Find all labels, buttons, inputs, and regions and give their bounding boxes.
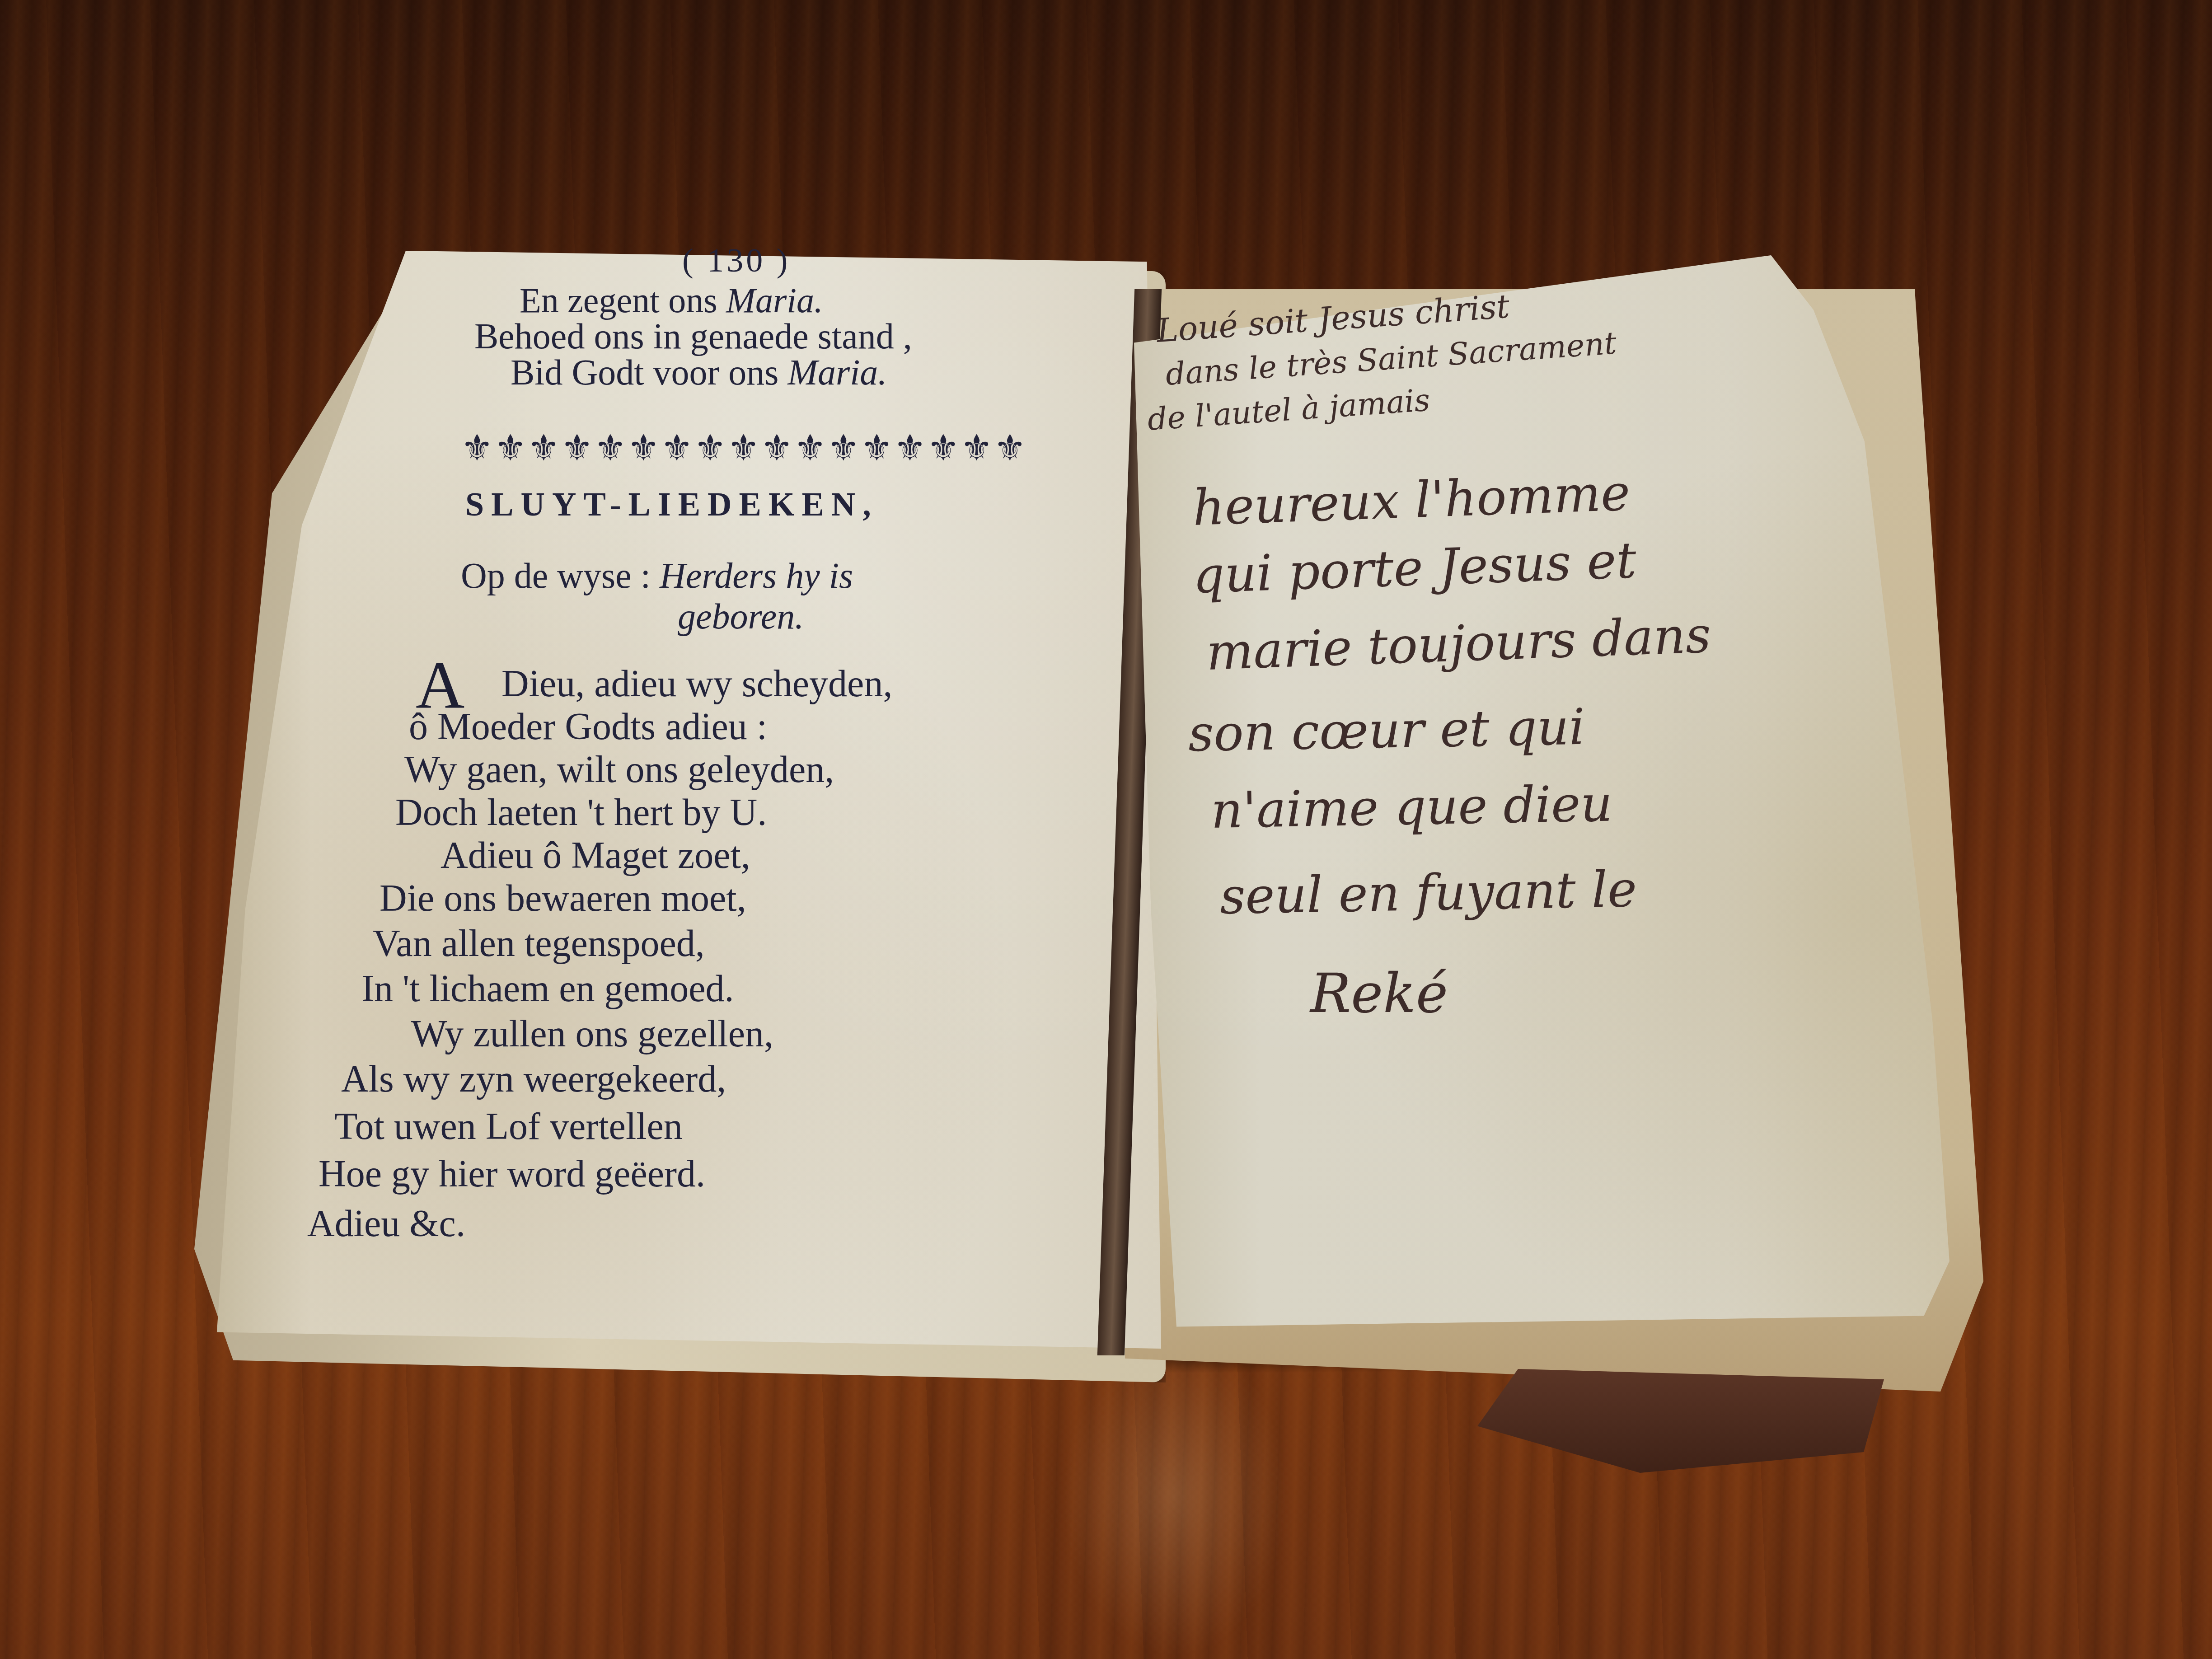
verse-line: In 't lichaem en gemoed. — [361, 967, 734, 1011]
tune-line-2: geboren. — [678, 596, 804, 637]
tune-name: Herders hy is — [660, 556, 853, 596]
verse-line: Van allen tegenspoed, — [373, 922, 705, 965]
handwritten-signature: Reké — [1310, 962, 1448, 1025]
handwritten-line: seul en fuyant le — [1219, 860, 1637, 925]
song-heading: SLUYT-LIEDEKEN, — [465, 486, 878, 524]
tune-line: Op de wyse : Herders hy is — [461, 556, 853, 597]
verse-line: Wy gaen, wilt ons geleyden, — [404, 748, 834, 792]
page-number: ( 130 ) — [682, 242, 790, 280]
top-line-1: En zegent ons Maria. — [520, 280, 823, 321]
verse-line: Wy zullen ons gezellen, — [411, 1012, 773, 1056]
verse-line: Adieu ô Maget zoet, — [441, 834, 750, 877]
verse-line: Doch laeten 't hert by U. — [395, 791, 767, 834]
torn-cover-fragment — [1477, 1369, 1884, 1473]
tune-prefix: Op de wyse : — [461, 556, 660, 596]
top-line-3-text: Bid Godt voor ons — [511, 353, 787, 393]
verse-line: Die ons bewaeren moet, — [380, 876, 746, 920]
top-line-2: Behoed ons in genaede stand , — [474, 316, 912, 357]
verse-line: ô Moeder Godts adieu : — [409, 705, 767, 749]
verse-line: Adieu &c. — [307, 1202, 465, 1246]
top-line-3: Bid Godt voor ons Maria. — [511, 352, 887, 394]
verse-line: Tot uwen Lof vertellen — [334, 1105, 683, 1148]
open-book: ( 130 ) En zegent ons Maria. Behoed ons … — [0, 0, 2212, 1659]
top-line-1-italic: Maria. — [726, 281, 823, 320]
top-line-3-italic: Maria. — [787, 353, 887, 393]
handwritten-line: n'aime que dieu — [1210, 774, 1613, 839]
verse-line: Hoe gy hier word geëerd. — [319, 1152, 705, 1196]
verse-line: Dieu, adieu wy scheyden, — [501, 662, 892, 706]
handwritten-line: son cœur et qui — [1188, 698, 1585, 763]
top-line-1-text: En zegent ons — [520, 281, 726, 320]
verse-line: Als wy zyn weergekeerd, — [341, 1057, 726, 1101]
ornament-fleuron-band-icon: ⚜⚜⚜⚜⚜⚜⚜⚜⚜⚜⚜⚜⚜⚜⚜⚜⚜ — [461, 427, 1027, 469]
